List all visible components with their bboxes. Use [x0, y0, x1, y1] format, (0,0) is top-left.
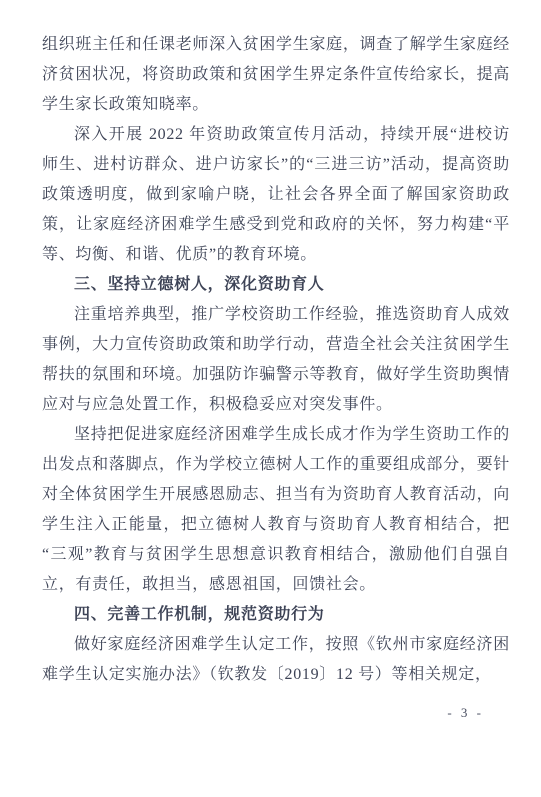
paragraph: 做好家庭经济困难学生认定工作，按照《钦州市家庭经济困难学生认定实施办法》（钦教发…	[42, 630, 510, 690]
paragraph: 坚持把促进家庭经济困难学生成长成才作为学生资助工作的出发点和落脚点，作为学校立德…	[42, 420, 510, 600]
paragraph: 深入开展 2022 年资助政策宣传月活动，持续开展“进校访师生、进村访群众、进户…	[42, 120, 510, 270]
document-page: 组织班主任和任课老师深入贫困学生家庭，调查了解学生家庭经济贫困状况，将资助政策和…	[0, 0, 541, 797]
section-heading: 四、完善工作机制，规范资助行为	[42, 600, 510, 630]
paragraph: 注重培养典型，推广学校资助工作经验，推选资助育人成效事例，大力宣传资助政策和助学…	[42, 300, 510, 420]
page-number: - 3 -	[447, 704, 484, 722]
document-body: 组织班主任和任课老师深入贫困学生家庭，调查了解学生家庭经济贫困状况，将资助政策和…	[42, 30, 510, 690]
section-heading: 三、坚持立德树人，深化资助育人	[42, 270, 510, 300]
paragraph: 组织班主任和任课老师深入贫困学生家庭，调查了解学生家庭经济贫困状况，将资助政策和…	[42, 30, 510, 120]
